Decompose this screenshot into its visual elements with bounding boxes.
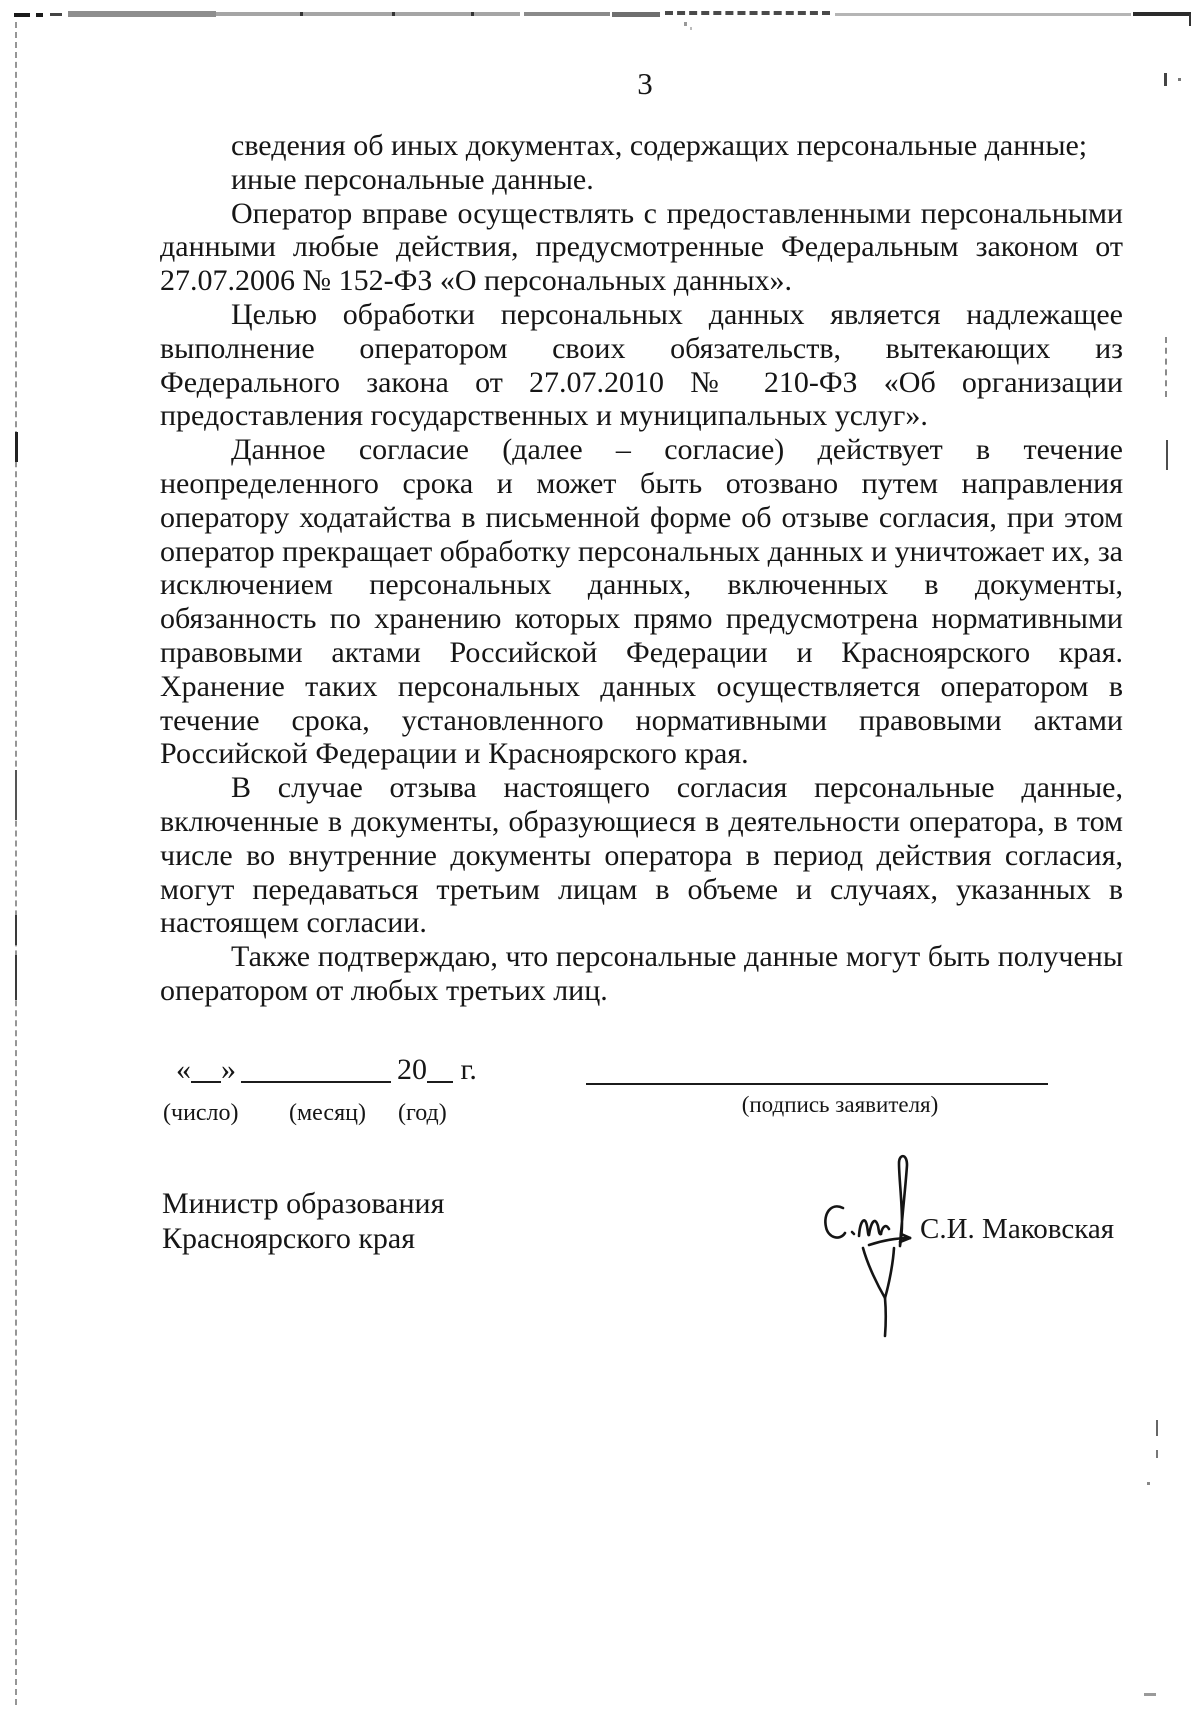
body-paragraph: иные персональные данные. [160,163,1123,197]
body-paragraph: сведения об иных документах, содержащих … [160,129,1123,163]
date-day-label: (число) [163,1100,239,1127]
body-paragraph: Оператор вправе осуществлять с предостав… [160,197,1123,298]
official-name: С.И. Маковская [920,1213,1114,1246]
date-year-label: (год) [398,1100,447,1127]
date-line: «»20 г. [176,1053,477,1087]
scan-speck [1144,1693,1156,1696]
scan-speck [684,22,687,26]
body-paragraph: Целью обработки персональных данных явля… [160,298,1123,433]
scan-left-edge-dark-segment [15,915,17,945]
date-year-abbrev: г. [461,1053,477,1086]
body-paragraph: Также подтверждаю, что персональные данн… [160,940,1123,1008]
scan-top-rule-tick [1189,14,1191,26]
scan-top-rule-segment [665,11,830,15]
date-year-blank [427,1057,453,1083]
scan-top-rule-fleck [300,12,303,16]
scan-speck [690,27,692,30]
scan-top-rule-segment [612,12,660,17]
date-century: 20 [397,1053,427,1086]
body-paragraph: Данное согласие (далее – согласие) дейст… [160,433,1123,771]
official-title-line: Министр образования [162,1186,444,1221]
scan-right-edge-tick [1156,1450,1158,1458]
official-title: Министр образования Красноярского края [162,1186,444,1256]
scan-left-edge-dark-segment [15,770,17,820]
official-title-line: Красноярского края [162,1221,444,1256]
applicant-signature-caption: (подпись заявителя) [650,1092,1030,1118]
scan-top-rule-fleck [471,12,474,16]
page-number: 3 [615,66,675,102]
scan-top-rule-segment [835,13,1131,16]
date-month-label: (месяц) [289,1100,366,1127]
handwritten-signature-icon [813,1148,917,1338]
scanned-document-page: 3 сведения об иных документах, содержащи… [0,0,1200,1713]
scan-right-edge-tick [1178,78,1181,81]
scan-left-edge-dark-segment [15,955,17,1000]
scan-top-rule-segment [1133,12,1191,16]
scan-left-edge-dark-segment [15,432,18,462]
body-paragraph: В случае отзыва настоящего согласия перс… [160,771,1123,940]
scan-left-edge-line [15,22,17,1705]
scan-right-edge-tick [1156,1420,1158,1436]
scan-top-rule-fleck [392,12,395,16]
date-month-blank [241,1057,391,1083]
scan-top-rule-segment [216,12,520,16]
scan-top-rule-segment [14,13,30,17]
date-open-quote: « [176,1053,191,1086]
scan-right-edge-tick [1166,440,1168,470]
scan-top-rule-segment [68,11,216,17]
scan-top-rule-segment [524,12,610,16]
scan-right-edge-tick [1165,337,1169,397]
scan-top-rule-segment [36,13,43,17]
scan-right-edge-tick [1164,73,1167,86]
date-day-blank [191,1057,221,1083]
document-body: сведения об иных документах, содержащих … [160,129,1123,1008]
date-close-quote: » [221,1053,236,1086]
scan-speck [1147,1482,1150,1485]
applicant-signature-line [586,1083,1048,1085]
scan-top-rule-segment [50,13,62,16]
